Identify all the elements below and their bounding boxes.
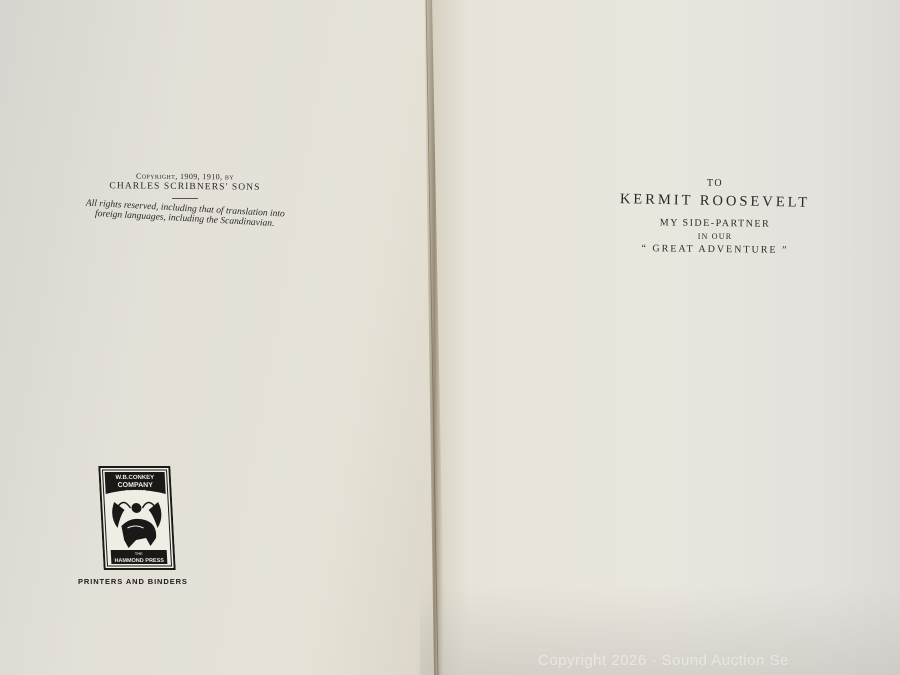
svg-text:HAMMOND PRESS: HAMMOND PRESS xyxy=(114,558,164,564)
dedication-to: TO xyxy=(585,178,845,189)
watermark: Copyright 2026 - Sound Auction Se xyxy=(538,652,789,669)
svg-text:CHICAGO: CHICAGO xyxy=(125,489,147,494)
dedication-line-1: MY SIDE-PARTNER xyxy=(585,216,845,230)
dedication-name: KERMIT ROOSEVELT xyxy=(585,191,845,213)
open-book-spread: Copyright, 1909, 1910, by CHARLES SCRIBN… xyxy=(0,0,900,675)
right-page xyxy=(420,0,900,675)
publisher-name: CHARLES SCRIBNERS' SONS xyxy=(50,181,320,194)
printer-mark-emblem-icon: W.B.CONKEY COMPANY CHICAGO THE HAMMOND P… xyxy=(98,466,175,570)
copyright-notice: Copyright, 1909, 1910, by CHARLES SCRIBN… xyxy=(50,172,320,224)
svg-text:W.B.CONKEY: W.B.CONKEY xyxy=(115,475,154,481)
dedication-line-3: “ GREAT ADVENTURE ” xyxy=(585,242,845,256)
dedication-line-2: IN OUR xyxy=(585,232,845,241)
left-page xyxy=(0,0,440,675)
divider xyxy=(172,198,198,199)
printers-label: PRINTERS AND BINDERS xyxy=(78,577,188,586)
svg-text:THE: THE xyxy=(135,551,144,556)
svg-text:COMPANY: COMPANY xyxy=(117,482,153,489)
dedication: TO KERMIT ROOSEVELT MY SIDE-PARTNER IN O… xyxy=(585,178,845,255)
